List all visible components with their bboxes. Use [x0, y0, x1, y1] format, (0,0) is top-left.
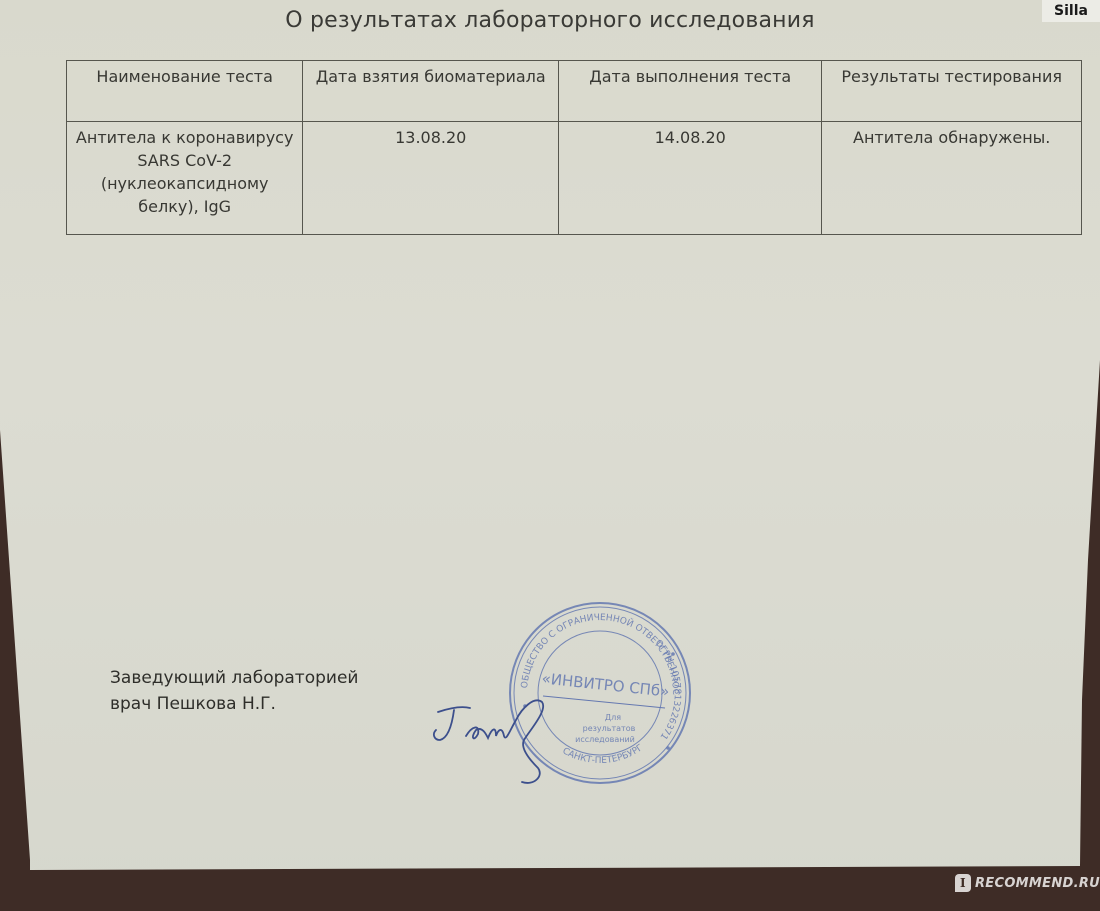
stamp-line-3: исследований [575, 735, 635, 744]
cell-sample-date: 13.08.20 [303, 122, 559, 235]
signer-block: Заведующий лабораторией врач Пешкова Н.Г… [110, 665, 358, 717]
signer-name: врач Пешкова Н.Г. [110, 691, 358, 717]
header-test-date: Дата выполнения теста [559, 61, 822, 122]
watermark-text: RECOMMEND.RU [975, 876, 1100, 891]
recommend-watermark: I RECOMMEND.RU [955, 874, 1100, 892]
document-title: О результатах лабораторного исследования [0, 8, 1100, 33]
header-test-name: Наименование теста [67, 61, 303, 122]
lab-results-table: Наименование теста Дата взятия биоматери… [66, 60, 1082, 235]
table-row: Антитела к коронавирусу SARS CoV-2 (нукл… [67, 122, 1082, 235]
stamp-line-1: Для [605, 713, 621, 722]
signer-position: Заведующий лабораторией [110, 665, 358, 691]
cell-test-name: Антитела к коронавирусу SARS CoV-2 (нукл… [67, 122, 303, 235]
cell-result: Антитела обнаружены. [822, 122, 1082, 235]
table-header-row: Наименование теста Дата взятия биоматери… [67, 61, 1082, 122]
header-sample-date: Дата взятия биоматериала [303, 61, 559, 122]
stamp-line-2: результатов [583, 724, 636, 733]
header-result: Результаты тестирования [822, 61, 1082, 122]
cell-test-date: 14.08.20 [559, 122, 822, 235]
recommend-logo-icon: I [955, 874, 971, 892]
handwritten-signature [430, 690, 570, 790]
